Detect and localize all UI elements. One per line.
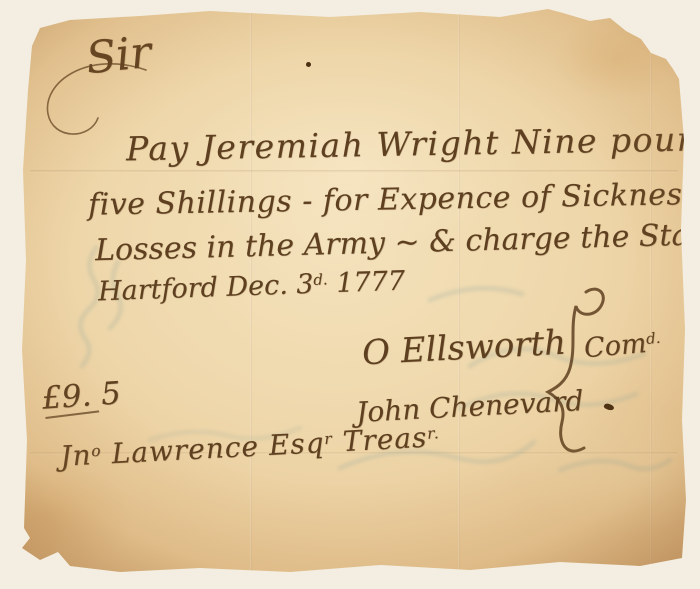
signature-brace [532,280,612,460]
addressee-text: Treas [332,421,428,459]
capacity-text: Com [583,328,648,364]
addressee-superscript: o [91,441,102,460]
body-line-1: Pay Jeremiah Wright Nine pounds [126,119,700,169]
horizontal-fold-crease [30,170,678,173]
body-line-2: five Shillings - for Expence of Sickness… [88,176,700,222]
addressee-superscript: r. [427,424,440,443]
signature-ellsworth: O Ellsworth [361,323,567,374]
dateline-text: Hartford Dec. 3 [98,269,314,308]
ink-speck [603,402,615,412]
addressee-line: Jno Lawrence Esqr Treasr. [59,420,440,473]
dateline-superscript: d. [313,270,328,288]
ink-speck [306,62,311,67]
dateline: Hartford Dec. 3d. 1777 [98,266,406,308]
vertical-fold-crease [650,12,652,571]
amount-figure: £9. 5 [41,375,122,416]
signature-capacity: Comd. [583,327,662,365]
addressee-superscript: r [324,429,333,447]
capacity-superscript: d. [645,329,661,348]
addressee-text: Jn [59,438,92,473]
addressee-text: Lawrence Esq [101,426,325,471]
photo-background: Sir Pay Jeremiah Wright Nine pounds five… [0,0,700,589]
dateline-year: 1777 [327,266,405,300]
document-paper: Sir Pay Jeremiah Wright Nine pounds five… [0,0,700,589]
body-line-3: Losses in the Army ~ & charge the State. [95,217,700,269]
vertical-fold-crease [458,12,460,571]
salutation: Sir [84,27,154,85]
